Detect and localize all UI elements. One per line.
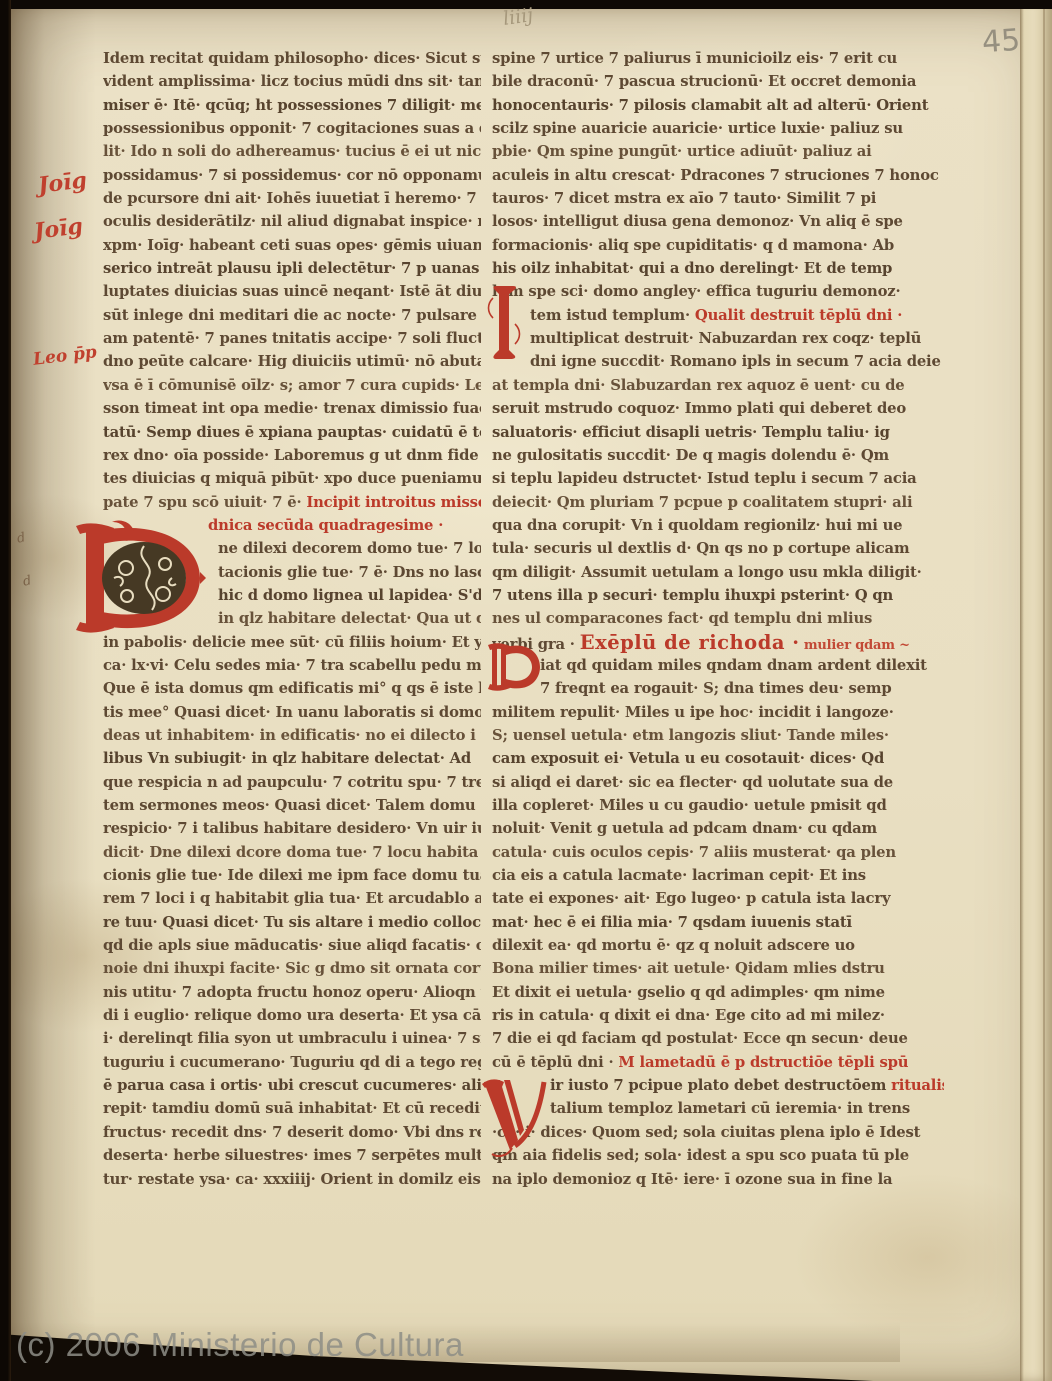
ink-text: cam exposuit ei· Vetula u eu cosotauit· … bbox=[492, 750, 884, 767]
text-column-right: spine 7 urtice 7 paliurus ī municioilz e… bbox=[492, 47, 944, 1191]
ink-text: libus Vn subiugit· in qlz habitare delec… bbox=[103, 750, 471, 767]
manuscript-line: sson timeat int opa medie· trenax dimiss… bbox=[103, 397, 481, 420]
rubric-text: mulier qdam ~ bbox=[800, 638, 910, 653]
ink-text: saluatoris· efficiut disapli uetris· Tem… bbox=[492, 424, 890, 441]
manuscript-line: deas ut inhabitem· in edificatis· no ei … bbox=[103, 724, 481, 747]
manuscript-line: S; uensel uetula· etm langozis sliut· Ta… bbox=[492, 724, 944, 747]
manuscript-line: ē parua casa i ortis· ubi crescut cucume… bbox=[103, 1074, 481, 1097]
ink-text: losos· intelligut diusa gena demonoz· Vn… bbox=[492, 213, 903, 230]
manuscript-line: am patentē· 7 panes tnitatis accipe· 7 s… bbox=[103, 327, 481, 350]
ink-text: dicit· Dne dilexi dcore doma tue· 7 locu… bbox=[103, 844, 478, 861]
manuscript-line: si aliqd ei daret· sic ea flecter· qd uo… bbox=[492, 771, 944, 794]
manuscript-line: oculis desiderātilz· nil aliud dignabat … bbox=[103, 210, 481, 233]
manuscript-line: rem 7 loci i q habitabit glia tua· Et ar… bbox=[103, 887, 481, 910]
manuscript-line: tis mee° Quasi dicet· In uanu laboratis … bbox=[103, 701, 481, 724]
ink-text: dilexit ea· qd mortu ē· qz q noluit adsc… bbox=[492, 937, 855, 954]
manuscript-line: his oilz inhabitat· qui a dno derelingt·… bbox=[492, 257, 944, 280]
ink-text: qua dna corupit· Vn i quoldam regionilz·… bbox=[492, 517, 902, 534]
manuscript-line: talium temploz lametari cū ieremia· in t… bbox=[492, 1097, 944, 1120]
ink-text: serico intreāt plausu ipli delectētur· 7… bbox=[103, 260, 481, 277]
ink-text: aculeis in altu crescat· Pdracones 7 str… bbox=[492, 167, 939, 184]
manuscript-line: lit· Ido n soli do adhereamus· tucius ē … bbox=[103, 140, 481, 163]
rubric-text: Exēplū de richoda · bbox=[580, 631, 800, 654]
ink-text: tem istud templum· bbox=[530, 307, 695, 324]
copyright-watermark: (c) 2006 Ministerio de Cultura bbox=[16, 1326, 464, 1364]
ink-text: que respicia n ad paupculu· 7 cotritu sp… bbox=[103, 774, 481, 791]
manuscript-line: serico intreāt plausu ipli delectētur· 7… bbox=[103, 257, 481, 280]
manuscript-line: que respicia n ad paupculu· 7 cotritu sp… bbox=[103, 771, 481, 794]
manuscript-line: qd die apls siue māducatis· siue aliqd f… bbox=[103, 934, 481, 957]
ink-text: sson timeat int opa medie· trenax dimiss… bbox=[103, 400, 481, 417]
manuscript-line: miser ē· Itē· qcūq; ht possessiones 7 di… bbox=[103, 94, 481, 117]
ink-text: tem sermones meos· Quasi dicet· Talem do… bbox=[103, 797, 475, 814]
ink-text: re tuu· Quasi dicet· Tu sis altare i med… bbox=[103, 914, 481, 931]
manuscript-line: 7 utens illa p securi· templu ihuxpi pst… bbox=[492, 584, 944, 607]
manuscript-line: nes ul comparacones fact· qd templu dni … bbox=[492, 607, 944, 630]
ink-text: cionis glie tue· Ide dilexi me ipm face … bbox=[103, 867, 481, 884]
ink-text: rex dno· oīa posside· Laboremus g ut dnm… bbox=[103, 447, 481, 464]
binding-gutter-shadow bbox=[10, 0, 96, 1381]
fore-edge-line bbox=[1043, 0, 1045, 1381]
manuscript-line: tula· securis ul dextlis d· Qn qs no p c… bbox=[492, 537, 944, 560]
ink-text: tur· restate ysa· ca· xxxiiij· Orient in… bbox=[103, 1171, 481, 1188]
manuscript-line: ris in catula· q dixit ei dna· Ege cito … bbox=[492, 1004, 944, 1027]
scan-left-edge bbox=[0, 0, 11, 1381]
manuscript-line: ir iusto 7 pcipue plato debet destructōe… bbox=[492, 1074, 944, 1097]
manuscript-line: iat qd quidam miles qndam dnam ardent di… bbox=[492, 654, 944, 677]
ink-text: de pcursore dni ait· Iohēs iuuetiat ī he… bbox=[103, 190, 477, 207]
manuscript-line: lum spe sci· domo angley· effica tuguriu… bbox=[492, 280, 944, 303]
ink-text: repit· tamdiu domū suā inhabitat· Et cū … bbox=[103, 1100, 481, 1117]
manuscript-line: pbie· Qm spine pungūt· urtice adiuūt· pa… bbox=[492, 140, 944, 163]
ink-text: si teplu lapideu dstructet· Istud teplu … bbox=[492, 470, 917, 487]
manuscript-line: tate ei expones· ait· Ego lugeo· p catul… bbox=[492, 887, 944, 910]
ink-text: his oilz inhabitat· qui a dno derelingt·… bbox=[492, 260, 892, 277]
ink-text: seruit mstrudo coquoz· Immo plati qui de… bbox=[492, 400, 906, 417]
manuscript-line: vsa ē ī cōmunisē oīlz· s; amor 7 cura cu… bbox=[103, 374, 481, 397]
ink-text: Bona milier times· ait uetule· Qidam mli… bbox=[492, 960, 885, 977]
ink-text: ·ca· i· dices· Quom sed; sola ciuitas pl… bbox=[492, 1124, 920, 1141]
ink-text: na iplo demonioz q Itē· iere· ī ozone su… bbox=[492, 1171, 892, 1188]
manuscript-line: pate 7 spu scō uiuit· 7 ē· Incipit intro… bbox=[103, 491, 481, 514]
ink-text: 7 freqnt ea rogauit· S; dna times deu· s… bbox=[540, 680, 892, 697]
manuscript-line: Et dixit ei uetula· gselio q qd adimples… bbox=[492, 981, 944, 1004]
manuscript-line: ·ca· i· dices· Quom sed; sola ciuitas pl… bbox=[492, 1121, 944, 1144]
ink-text: S; uensel uetula· etm langozis sliut· Ta… bbox=[492, 727, 889, 744]
rubric-text: M lametadū ē p dstructiōe tēpli spū bbox=[618, 1054, 908, 1071]
manuscript-line: noluit· Venit g uetula ad pdcam dnam· cu… bbox=[492, 817, 944, 840]
ink-text: militem repulit· Miles u ipe hoc· incidi… bbox=[492, 704, 894, 721]
ink-text: cū ē tēplū dni · bbox=[492, 1054, 618, 1071]
ink-text: fructus· recedit dns· 7 deserit domo· Vb… bbox=[103, 1124, 481, 1141]
ink-text: ir iusto 7 pcipue plato debet destructōe… bbox=[550, 1077, 891, 1094]
ink-text: illa copleret· Miles u cu gaudio· uetule… bbox=[492, 797, 887, 814]
manuscript-line: formacionis· aliq spe cupiditatis· q d m… bbox=[492, 234, 944, 257]
ink-text: qm aia fidelis sed; sola· idest a spu sc… bbox=[492, 1147, 909, 1164]
manuscript-line: cia eis a catula lacmate· lacriman cepit… bbox=[492, 864, 944, 887]
manuscript-line: deserta· herbe siluestres· imes 7 serpēt… bbox=[103, 1144, 481, 1167]
next-leaf-fore-edge bbox=[1020, 0, 1052, 1381]
ink-text: 7 utens illa p securi· templu ihuxpi pst… bbox=[492, 587, 893, 604]
manuscript-line: possidamus· 7 si possidemus· cor nō oppo… bbox=[103, 164, 481, 187]
manuscript-line: noie dni ihuxpi facite· Sic g dmo sit or… bbox=[103, 957, 481, 980]
manuscript-line: qua dna corupit· Vn i quoldam regionilz·… bbox=[492, 514, 944, 537]
ink-text: spine 7 urtice 7 paliurus ī municioilz e… bbox=[492, 50, 897, 67]
ink-text: noluit· Venit g uetula ad pdcam dnam· cu… bbox=[492, 820, 877, 837]
ink-text: vident amplissima· licz tocius mūdi dns … bbox=[103, 73, 481, 90]
ink-text: talium temploz lametari cū ieremia· in t… bbox=[550, 1100, 910, 1117]
ink-text: tauros· 7 dicet mstra ex aīo 7 tauto· Si… bbox=[492, 190, 876, 207]
manuscript-line: fructus· recedit dns· 7 deserit domo· Vb… bbox=[103, 1121, 481, 1144]
ink-text: sūt inlege dni meditari die ac nocte· 7 … bbox=[103, 307, 481, 324]
ink-text: formacionis· aliq spe cupiditatis· q d m… bbox=[492, 237, 894, 254]
manuscript-line: aculeis in altu crescat· Pdracones 7 str… bbox=[492, 164, 944, 187]
ink-text: am patentē· 7 panes tnitatis accipe· 7 s… bbox=[103, 330, 481, 347]
manuscript-line: spine 7 urtice 7 paliurus ī municioilz e… bbox=[492, 47, 944, 70]
ink-text: tate ei expones· ait· Ego lugeo· p catul… bbox=[492, 890, 890, 907]
manuscript-line: dno peūte calcare· Hig diuiciis utimū· n… bbox=[103, 350, 481, 373]
ink-text: cia eis a catula lacmate· lacriman cepit… bbox=[492, 867, 866, 884]
manuscript-line: qm diligit· Assumit uetulam a longo usu … bbox=[492, 561, 944, 584]
ink-text: i· derelinqt filia syon ut umbraculu i u… bbox=[103, 1030, 481, 1047]
manuscript-line: mat· hec ē ei filia mia· 7 qsdam iuuenis… bbox=[492, 911, 944, 934]
ink-text: deserta· herbe siluestres· imes 7 serpēt… bbox=[103, 1147, 481, 1164]
ink-text: tatū· Semp diues ē xpiana pauptas· cuida… bbox=[103, 424, 481, 441]
ink-text: tes diuicias q miquā pibūt· xpo duce pue… bbox=[103, 470, 481, 487]
ink-text: dno peūte calcare· Hig diuiciis utimū· n… bbox=[103, 353, 481, 370]
ink-text: qm diligit· Assumit uetulam a longo usu … bbox=[492, 564, 922, 581]
ink-text: lit· Ido n soli do adhereamus· tucius ē … bbox=[103, 143, 481, 160]
manuscript-line: cam exposuit ei· Vetula u eu cosotauit· … bbox=[492, 747, 944, 770]
ink-text: ris in catula· q dixit ei dna· Ege cito … bbox=[492, 1007, 885, 1024]
ink-text: possidamus· 7 si possidemus· cor nō oppo… bbox=[103, 167, 481, 184]
manuscript-line: bile draconū· 7 pascua strucionū· Et occ… bbox=[492, 70, 944, 93]
rubric-initial-D bbox=[486, 641, 542, 693]
ink-text: in pabolis· delicie mee sūt· cū filiis h… bbox=[103, 634, 481, 651]
manuscript-line: at templa dni· Slabuzardan rex aquoz ē u… bbox=[492, 374, 944, 397]
ink-text: lum spe sci· domo angley· effica tuguriu… bbox=[492, 283, 900, 300]
ink-text: tula· securis ul dextlis d· Qn qs no p c… bbox=[492, 540, 909, 557]
ink-text: nes ul comparacones fact· qd templu dni … bbox=[492, 610, 872, 627]
ink-text: 7 die ei qd faciam qd postulat· Ecce qn … bbox=[492, 1030, 908, 1047]
ink-text: si aliqd ei daret· sic ea flecter· qd uo… bbox=[492, 774, 893, 791]
ink-text: multiplicat destruit· Nabuzardan rex coq… bbox=[530, 330, 921, 347]
manuscript-line: tem sermones meos· Quasi dicet· Talem do… bbox=[103, 794, 481, 817]
ink-text: Et dixit ei uetula· gselio q qd adimples… bbox=[492, 984, 885, 1001]
manuscript-line: Bona milier times· ait uetule· Qidam mli… bbox=[492, 957, 944, 980]
manuscript-line: i· derelinqt filia syon ut umbraculu i u… bbox=[103, 1027, 481, 1050]
manuscript-line: Que ē ista domus qm edificatis mi° q qs … bbox=[103, 677, 481, 700]
manuscript-line: de pcursore dni ait· Iohēs iuuetiat ī he… bbox=[103, 187, 481, 210]
rubric-text: ritualis· bbox=[891, 1077, 944, 1094]
ink-text: at templa dni· Slabuzardan rex aquoz ē u… bbox=[492, 377, 904, 394]
manuscript-line: re tuu· Quasi dicet· Tu sis altare i med… bbox=[103, 911, 481, 934]
quire-mark: liiij bbox=[502, 4, 535, 30]
manuscript-line: xpm· Ioīg· habeant ceti suas opes· gēmis… bbox=[103, 234, 481, 257]
ink-text: tacionis glie tue· 7 ē· Dns no lascitur bbox=[218, 564, 481, 581]
manuscript-line: ne gulositatis succdit· De q magis dolen… bbox=[492, 444, 944, 467]
manuscript-line: dicit· Dne dilexi dcore doma tue· 7 locu… bbox=[103, 841, 481, 864]
manuscript-line: 7 freqnt ea rogauit· S; dna times deu· s… bbox=[492, 677, 944, 700]
ink-text: bile draconū· 7 pascua strucionū· Et occ… bbox=[492, 73, 916, 90]
manuscript-line: dni igne succdit· Romano ipls in secum 7… bbox=[492, 350, 944, 373]
ink-text: luptates diuicias suas uincē neqant· Ist… bbox=[103, 283, 481, 300]
manuscript-line: nis utitu· 7 adopta fructu honoz operu· … bbox=[103, 981, 481, 1004]
manuscript-line: qm aia fidelis sed; sola· idest a spu sc… bbox=[492, 1144, 944, 1167]
rubric-text: dnica secūda quadragesime · bbox=[208, 517, 443, 534]
rubric-initial-I bbox=[487, 284, 521, 362]
manuscript-line: catula· cuis oculos cepis· 7 aliis muste… bbox=[492, 841, 944, 864]
manuscript-line: verbi gra · Exēplū de richoda · mulier q… bbox=[492, 631, 944, 654]
ink-text: nis utitu· 7 adopta fructu honoz operu· … bbox=[103, 984, 481, 1001]
manuscript-line: si teplu lapideu dstructet· Istud teplu … bbox=[492, 467, 944, 490]
ink-text: xpm· Ioīg· habeant ceti suas opes· gēmis… bbox=[103, 237, 481, 254]
ink-text: oculis desiderātilz· nil aliud dignabat … bbox=[103, 213, 481, 230]
manuscript-line: Idem recitat quidam philosopho· dices· S… bbox=[103, 47, 481, 70]
ink-text: dni igne succdit· Romano ipls in secum 7… bbox=[530, 353, 941, 370]
manuscript-line: vident amplissima· licz tocius mūdi dns … bbox=[103, 70, 481, 93]
manuscript-line: tuguriu i cucumerano· Tuguriu qd di a te… bbox=[103, 1051, 481, 1074]
manuscript-line: ca· lx·vi· Celu sedes mia· 7 tra scabell… bbox=[103, 654, 481, 677]
ink-text: honocentauris· 7 pilosis clamabit alt ad… bbox=[492, 97, 928, 114]
rubric-text: Incipit introitus misse in bbox=[306, 494, 481, 511]
manuscript-line: tur· restate ysa· ca· xxxiiij· Orient in… bbox=[103, 1168, 481, 1191]
manuscript-line: multiplicat destruit· Nabuzardan rex coq… bbox=[492, 327, 944, 350]
ink-text: ē parua casa i ortis· ubi crescut cucume… bbox=[103, 1077, 481, 1094]
ink-text: scilz spine auaricie auaricie· urtice lu… bbox=[492, 120, 903, 137]
ink-text: iat qd quidam miles qndam dnam ardent di… bbox=[540, 657, 927, 674]
manuscript-line: tes diuicias q miquā pibūt· xpo duce pue… bbox=[103, 467, 481, 490]
ink-text: noie dni ihuxpi facite· Sic g dmo sit or… bbox=[103, 960, 481, 977]
ink-text: deiecit· Qm pluriam 7 pcpue p coalitatem… bbox=[492, 494, 912, 511]
manuscript-line: dilexit ea· qd mortu ē· qz q noluit adsc… bbox=[492, 934, 944, 957]
ink-text: tuguriu i cucumerano· Tuguriu qd di a te… bbox=[103, 1054, 481, 1071]
manuscript-line: saluatoris· efficiut disapli uetris· Tem… bbox=[492, 421, 944, 444]
manuscript-line: repit· tamdiu domū suā inhabitat· Et cū … bbox=[103, 1097, 481, 1120]
ink-text: di i euglio· relique domo ura deserta· E… bbox=[103, 1007, 481, 1024]
illuminated-initial-D bbox=[74, 520, 206, 636]
manuscript-line: losos· intelligut diusa gena demonoz· Vn… bbox=[492, 210, 944, 233]
manuscript-line: respicio· 7 i talibus habitare desidero·… bbox=[103, 817, 481, 840]
manuscript-line: tauros· 7 dicet mstra ex aīo 7 tauto· Si… bbox=[492, 187, 944, 210]
ink-text: ne dilexi decorem domo tue· 7 locū habi bbox=[218, 540, 481, 557]
ink-text: possessionibus opponit· 7 cogitaciones s… bbox=[103, 120, 481, 137]
manuscript-line: sūt inlege dni meditari die ac nocte· 7 … bbox=[103, 304, 481, 327]
ink-text: in qlz habitare delectat· Qua ut dicat bbox=[218, 610, 481, 627]
manuscript-line: 7 die ei qd faciam qd postulat· Ecce qn … bbox=[492, 1027, 944, 1050]
ink-text: mat· hec ē ei filia mia· 7 qsdam iuuenis… bbox=[492, 914, 852, 931]
ink-text: qd die apls siue māducatis· siue aliqd f… bbox=[103, 937, 481, 954]
manuscript-line: cionis glie tue· Ide dilexi me ipm face … bbox=[103, 864, 481, 887]
ink-text: vsa ē ī cōmunisē oīlz· s; amor 7 cura cu… bbox=[103, 377, 481, 394]
ink-text: catula· cuis oculos cepis· 7 aliis muste… bbox=[492, 844, 896, 861]
manuscript-line: libus Vn subiugit· in qlz habitare delec… bbox=[103, 747, 481, 770]
manuscript-line: cū ē tēplū dni · M lametadū ē p dstructi… bbox=[492, 1051, 944, 1074]
manuscript-line: scilz spine auaricie auaricie· urtice lu… bbox=[492, 117, 944, 140]
ink-text: rem 7 loci i q habitabit glia tua· Et ar… bbox=[103, 890, 481, 907]
manuscript-line: militem repulit· Miles u ipe hoc· incidi… bbox=[492, 701, 944, 724]
manuscript-line: tatū· Semp diues ē xpiana pauptas· cuida… bbox=[103, 421, 481, 444]
rubric-text: Qualit destruit tēplū dni · bbox=[695, 307, 902, 324]
manuscript-line: honocentauris· 7 pilosis clamabit alt ad… bbox=[492, 94, 944, 117]
manuscript-line: deiecit· Qm pluriam 7 pcpue p coalitatem… bbox=[492, 491, 944, 514]
ink-text: Idem recitat quidam philosopho· dices· S… bbox=[103, 50, 481, 67]
ink-text: hic d domo lignea ul lapidea· S'd nobis· bbox=[218, 587, 481, 604]
manuscript-line: rex dno· oīa posside· Laboremus g ut dnm… bbox=[103, 444, 481, 467]
ink-text: pate 7 spu scō uiuit· 7 ē· bbox=[103, 494, 306, 511]
manuscript-line: di i euglio· relique domo ura deserta· E… bbox=[103, 1004, 481, 1027]
manuscript-line: illa copleret· Miles u cu gaudio· uetule… bbox=[492, 794, 944, 817]
ink-text: respicio· 7 i talibus habitare desidero·… bbox=[103, 820, 481, 837]
manuscript-line: tem istud templum· Qualit destruit tēplū… bbox=[492, 304, 944, 327]
folio-number: 45 bbox=[981, 23, 1022, 61]
manuscript-line: possessionibus opponit· 7 cogitaciones s… bbox=[103, 117, 481, 140]
ink-text: Que ē ista domus qm edificatis mi° q qs … bbox=[103, 680, 481, 697]
ink-text: ca· lx·vi· Celu sedes mia· 7 tra scabell… bbox=[103, 657, 481, 674]
manuscript-scan: liiij 45 Joīg Joīg Leo p̄p d d Idem reci… bbox=[0, 0, 1052, 1381]
ink-text: tis mee° Quasi dicet· In uanu laboratis … bbox=[103, 704, 481, 721]
manuscript-line: na iplo demonioz q Itē· iere· ī ozone su… bbox=[492, 1168, 944, 1191]
rubric-initial-V bbox=[482, 1078, 548, 1158]
ink-text: pbie· Qm spine pungūt· urtice adiuūt· pa… bbox=[492, 143, 872, 160]
manuscript-line: seruit mstrudo coquoz· Immo plati qui de… bbox=[492, 397, 944, 420]
ink-text: ne gulositatis succdit· De q magis dolen… bbox=[492, 447, 889, 464]
ink-text: deas ut inhabitem· in edificatis· no ei … bbox=[103, 727, 481, 744]
manuscript-line: luptates diuicias suas uincē neqant· Ist… bbox=[103, 280, 481, 303]
ink-text: miser ē· Itē· qcūq; ht possessiones 7 di… bbox=[103, 97, 481, 114]
